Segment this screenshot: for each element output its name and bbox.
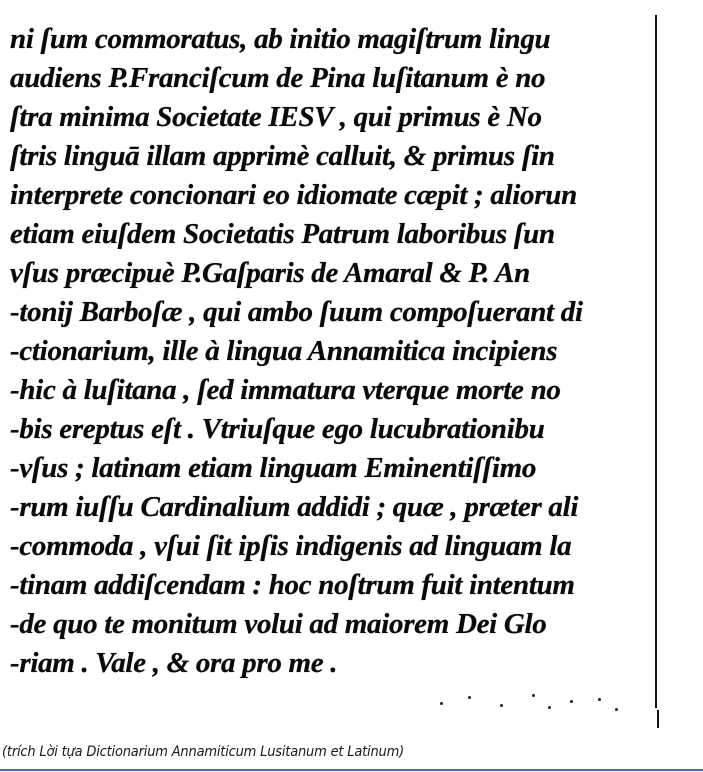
- scan-speck: [615, 708, 618, 711]
- scan-line: -riam . Vale , & ora pro me .: [10, 644, 656, 683]
- scan-line: -tinam addiſcendam : hoc noſtrum fuit in…: [10, 566, 656, 605]
- scan-noise: [430, 690, 630, 720]
- scan-line: -hic à luſitana , ſed immatura vterque m…: [10, 371, 656, 410]
- scan-line: -tonij Barboſæ , qui ambo ſuum compoſuer…: [10, 293, 656, 332]
- scan-line: -commoda , vſui ſit ipſis indigenis ad l…: [10, 527, 656, 566]
- scan-line: ſtris linguā illam apprimè calluit, & pr…: [10, 137, 656, 176]
- figure-caption: (trích Lời tựa Dictionarium Annamiticum …: [2, 744, 404, 760]
- scan-text-block: ni ſum commoratus, ab initio magiſtrum l…: [10, 20, 656, 683]
- scan-speck: [440, 702, 443, 705]
- scan-speck: [598, 698, 601, 701]
- scan-line: interprete concionari eo idiomate cæpit …: [10, 176, 656, 215]
- scan-line: -de quo te monitum volui ad maiorem Dei …: [10, 605, 656, 644]
- scan-speck: [468, 696, 471, 699]
- scan-border-tick: [657, 710, 659, 728]
- scan-line: -vſus ; latinam etiam linguam Eminentiſſ…: [10, 449, 656, 488]
- scan-line: etiam eiuſdem Societatis Patrum laboribu…: [10, 215, 656, 254]
- scan-speck: [570, 700, 573, 703]
- scan-line: ſtra minima Societate IESV , qui primus …: [10, 98, 656, 137]
- scanned-page-excerpt: ni ſum commoratus, ab initio magiſtrum l…: [0, 0, 656, 730]
- scan-speck: [500, 704, 503, 707]
- scan-line: -bis ereptus eſt . Vtriuſque ego lucubra…: [10, 410, 656, 449]
- scan-speck: [548, 706, 551, 709]
- scan-line: -rum iuſſu Cardinalium addidi ; quæ , pr…: [10, 488, 656, 527]
- scan-right-border: [655, 15, 657, 708]
- scan-line: -ctionarium, ille à lingua Annamitica in…: [10, 332, 656, 371]
- bottom-divider: [0, 769, 703, 771]
- scan-line: ni ſum commoratus, ab initio magiſtrum l…: [10, 20, 656, 59]
- scan-line: vſus præcipuè P.Gaſparis de Amaral & P. …: [10, 254, 656, 293]
- scan-speck: [532, 694, 535, 697]
- scan-line: audiens P.Franciſcum de Pina luſitanum è…: [10, 59, 656, 98]
